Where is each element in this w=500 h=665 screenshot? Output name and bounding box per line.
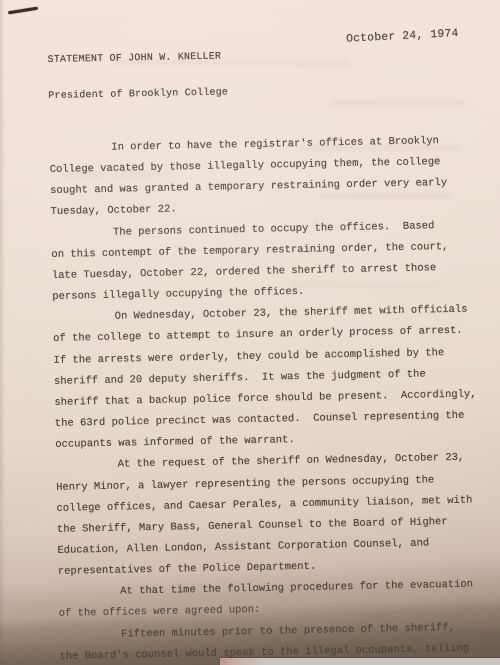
paragraph: On Wednesday, October 23, the sheriff me… [53,299,492,456]
photo-edge-shade [0,0,5,665]
paragraph: The persons continued to occupy the offi… [51,215,489,308]
document-subtitle: President of Brooklyn College [48,82,484,103]
document-page: STATEMENT OF JOHN W. KNELLER President o… [47,22,496,665]
document-body: In order to have the registrar's offices… [49,130,496,665]
document-title: STATEMENT OF JOHN W. KNELLER [47,46,483,67]
paragraph: At the request of the sheriff on Wednesd… [56,448,494,584]
photographed-document: STATEMENT OF JOHN W. KNELLER President o… [0,0,500,665]
paragraph: In order to have the registrar's offices… [49,130,487,223]
table-surface-strip [220,658,500,665]
